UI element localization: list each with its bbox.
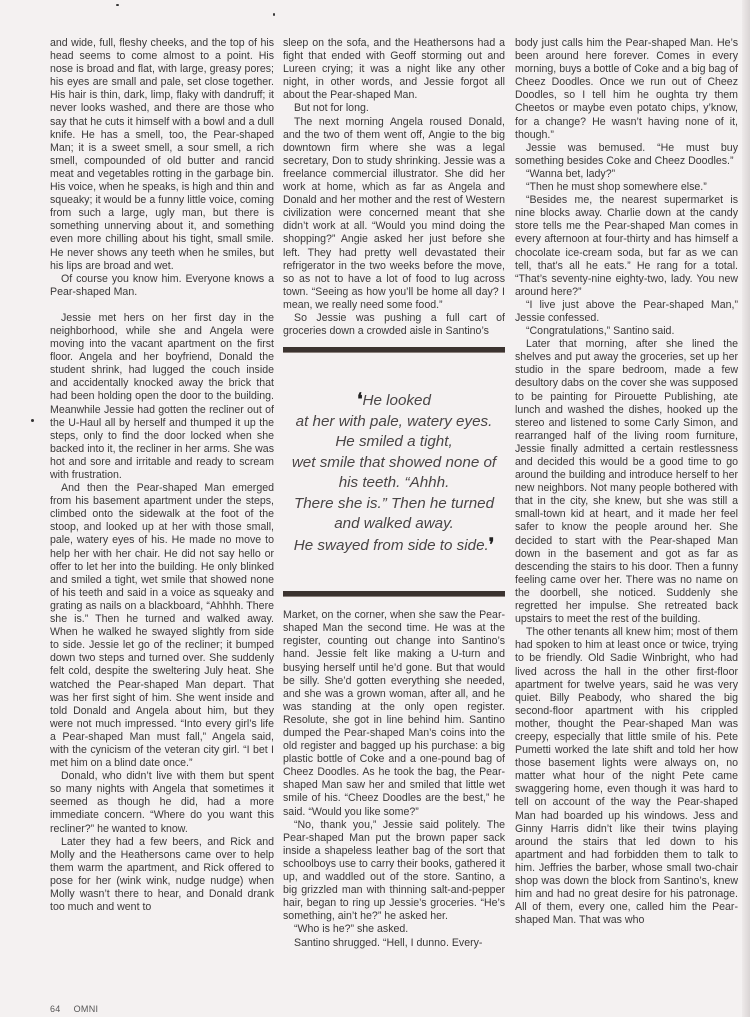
- article-column-1: and wide, full, fleshy cheeks, and the t…: [50, 37, 274, 914]
- pull-quote-line: and walked away.: [283, 514, 505, 535]
- pull-quote-line: There she is.” Then he turned: [283, 494, 505, 515]
- page-folio: 64OMNI: [50, 1004, 111, 1014]
- print-speck: [116, 4, 119, 6]
- pull-quote-line: at her with pale, watery eyes.: [283, 412, 505, 433]
- print-speck: [273, 13, 275, 16]
- pull-quote-line: his teeth. “Ahhh.: [283, 473, 505, 494]
- paragraph: “No, thank you,” Jessie said politely. T…: [283, 819, 505, 924]
- page-edge-shadow: [742, 0, 750, 1017]
- paragraph: Market, on the corner, when she saw the …: [283, 609, 505, 819]
- pull-quote-line: He swayed from side to side.: [294, 537, 489, 554]
- pull-quote-line: He smiled a tight,: [283, 432, 505, 453]
- article-column-2: sleep on the sofa, and the Heathersons h…: [283, 37, 505, 950]
- paragraph: Of course you know him. Everyone knows a…: [50, 273, 274, 299]
- pull-quote-line: wet smile that showed none of: [283, 453, 505, 474]
- paragraph: sleep on the sofa, and the Heathersons h…: [283, 37, 505, 102]
- paragraph: “I live just above the Pear-shaped Man,”…: [515, 299, 738, 325]
- paragraph: “Who is he?” she asked.: [283, 923, 505, 936]
- paragraph: “Then he must shop somewhere else.”: [515, 181, 738, 194]
- print-speck: [31, 419, 34, 422]
- pull-quote-line: He looked: [363, 392, 431, 409]
- paragraph: Donald, who didn’t live with them but sp…: [50, 770, 274, 835]
- paragraph: and wide, full, fleshy cheeks, and the t…: [50, 37, 274, 273]
- paragraph: But not for long.: [283, 102, 505, 115]
- paragraph: The other tenants all knew him; most of …: [515, 626, 738, 927]
- page-number: 64: [50, 1004, 61, 1014]
- paragraph: Santino shrugged. “Hell, I dunno. Every-: [283, 937, 505, 950]
- paragraph: Jessie was bemused. “He must buy somethi…: [515, 142, 738, 168]
- paragraph: Later that morning, after she lined the …: [515, 338, 738, 626]
- paragraph: “Wanna bet, lady?”: [515, 168, 738, 181]
- magazine-name: OMNI: [74, 1004, 99, 1014]
- magazine-page: and wide, full, fleshy cheeks, and the t…: [0, 0, 750, 1017]
- paragraph: The next morning Angela roused Donald, a…: [283, 116, 505, 312]
- paragraph: body just calls him the Pear-shaped Man.…: [515, 37, 738, 142]
- paragraph: Later they had a few beers, and Rick and…: [50, 836, 274, 915]
- pull-quote: ❛He looked at her with pale, watery eyes…: [283, 352, 505, 591]
- paragraph: “Besides me, the nearest supermarket is …: [515, 194, 738, 299]
- paragraph: “Congratulations,” Santino said.: [515, 325, 738, 338]
- paragraph: Jessie met hers on her first day in the …: [50, 312, 274, 482]
- article-column-3: body just calls him the Pear-shaped Man.…: [515, 37, 738, 927]
- close-quote-mark-icon: ❜: [489, 535, 494, 554]
- paragraph: And then the Pear-shaped Man emerged fro…: [50, 482, 274, 770]
- paragraph: So Jessie was pushing a full cart of gro…: [283, 312, 505, 338]
